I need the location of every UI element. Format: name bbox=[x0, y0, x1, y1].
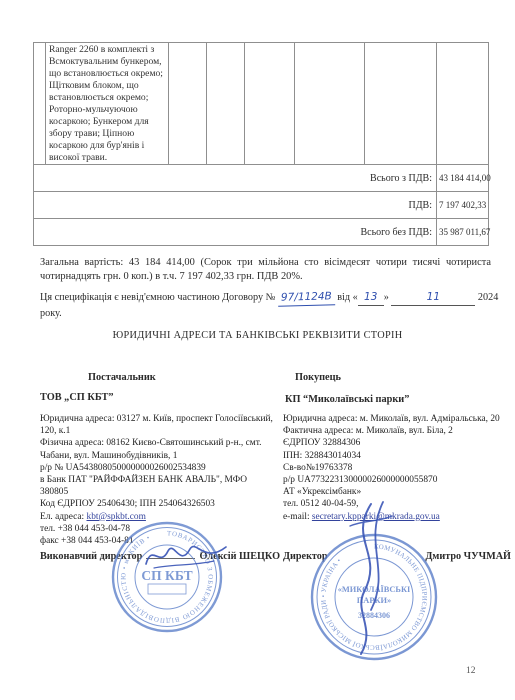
buyer-ink-signature-icon bbox=[330, 498, 402, 660]
supplier-account: р/р № UA543808050000000026002534839 bbox=[40, 462, 273, 474]
supplier-email-label: Ел. адреса: bbox=[40, 512, 87, 522]
table-row-vat: ПДВ: 7 197 402,33 bbox=[34, 192, 489, 219]
empty-cell bbox=[207, 43, 245, 165]
empty-cell bbox=[34, 43, 46, 165]
supplier-legal-address: Юридична адреса: 03127 м. Київ, проспект… bbox=[40, 413, 273, 437]
total-cost-paragraph: Загальна вартість: 43 184 414,00 (Сорок … bbox=[40, 256, 491, 283]
item-description-cell: Ranger 2260 в комплекті з Всмоктувальним… bbox=[46, 43, 169, 165]
year-word: року. bbox=[40, 306, 500, 321]
supplier-codes: Код ЄДРПОУ 25406430; ІПН 254064326503 bbox=[40, 498, 273, 510]
supplier-bank: в Банк ПАТ "РАЙФФАЙЗЕН БАНК АВАЛЬ", МФО … bbox=[40, 474, 273, 498]
buyer-name: КП “Миколаївські парки” bbox=[285, 394, 409, 405]
spec-clause-paragraph: Ця специфікація є невід'ємною частиною Д… bbox=[40, 290, 500, 321]
empty-cell bbox=[295, 43, 365, 165]
vat-value: 7 197 402,33 bbox=[437, 192, 489, 219]
total-with-vat-label: Всього з ПДВ: bbox=[34, 165, 437, 192]
buyer-ipn: ІПН: 328843014034 bbox=[283, 450, 511, 462]
item-description: Ranger 2260 в комплекті з Всмоктувальним… bbox=[49, 44, 166, 164]
total-without-vat-label: Всього без ПДВ: bbox=[34, 219, 437, 246]
handwritten-day: 13 bbox=[358, 290, 384, 306]
buyer-edrpou: ЄДРПОУ 32884306 bbox=[283, 437, 511, 449]
empty-cell bbox=[169, 43, 207, 165]
page-number: 12 bbox=[466, 666, 476, 676]
empty-cell bbox=[437, 43, 489, 165]
handwritten-contract-number: 97/1124В bbox=[278, 289, 335, 306]
supplier-role-label: Постачальник bbox=[88, 372, 156, 383]
empty-cell bbox=[245, 43, 295, 165]
spec-clause-prefix: Ця специфікація є невід'ємною частиною Д… bbox=[40, 292, 275, 303]
supplier-ink-signature-icon bbox=[142, 538, 234, 574]
supplier-name: ТОВ „СП КБТ” bbox=[40, 392, 114, 403]
buyer-email-label: e-mail: bbox=[283, 512, 312, 522]
total-without-vat-value: 35 987 011,67 bbox=[437, 219, 489, 246]
close-quote: » bbox=[384, 292, 389, 303]
vat-label: ПДВ: bbox=[34, 192, 437, 219]
requisites-heading: ЮРИДИЧНІ АДРЕСИ ТА БАНКІВСЬКІ РЕКВІЗИТИ … bbox=[0, 330, 515, 341]
table-row-total-with-vat: Всього з ПДВ: 43 184 414,00 bbox=[34, 165, 489, 192]
table-row-total-without-vat: Всього без ПДВ: 35 987 011,67 bbox=[34, 219, 489, 246]
buyer-certificate: Св-во№19763378 bbox=[283, 462, 511, 474]
supplier-physical-address: Фізична адреса: 08162 Києво-Святошинськи… bbox=[40, 437, 273, 461]
empty-cell bbox=[365, 43, 437, 165]
year: 2024 bbox=[478, 292, 498, 303]
spec-clause-line: Ця специфікація є невід'ємною частиною Д… bbox=[40, 290, 500, 306]
buyer-actual-address: Фактична адреса: м. Миколаїв, вул. Біла,… bbox=[283, 425, 511, 437]
total-with-vat-value: 43 184 414,00 bbox=[437, 165, 489, 192]
table-row-item: Ranger 2260 в комплекті з Всмоктувальним… bbox=[34, 43, 489, 165]
buyer-bank: АТ «Укрексімбанк» bbox=[283, 486, 511, 498]
buyer-role-label: Покупець bbox=[295, 372, 341, 383]
spec-table: Ranger 2260 в комплекті з Всмоктувальним… bbox=[33, 42, 489, 246]
from-label: від bbox=[337, 292, 350, 303]
buyer-legal-address: Юридична адреса: м. Миколаїв, вул. Адмір… bbox=[283, 413, 511, 425]
buyer-account: р/р UA773223130000026000000055870 bbox=[283, 474, 511, 486]
handwritten-month: 11 bbox=[391, 290, 475, 306]
